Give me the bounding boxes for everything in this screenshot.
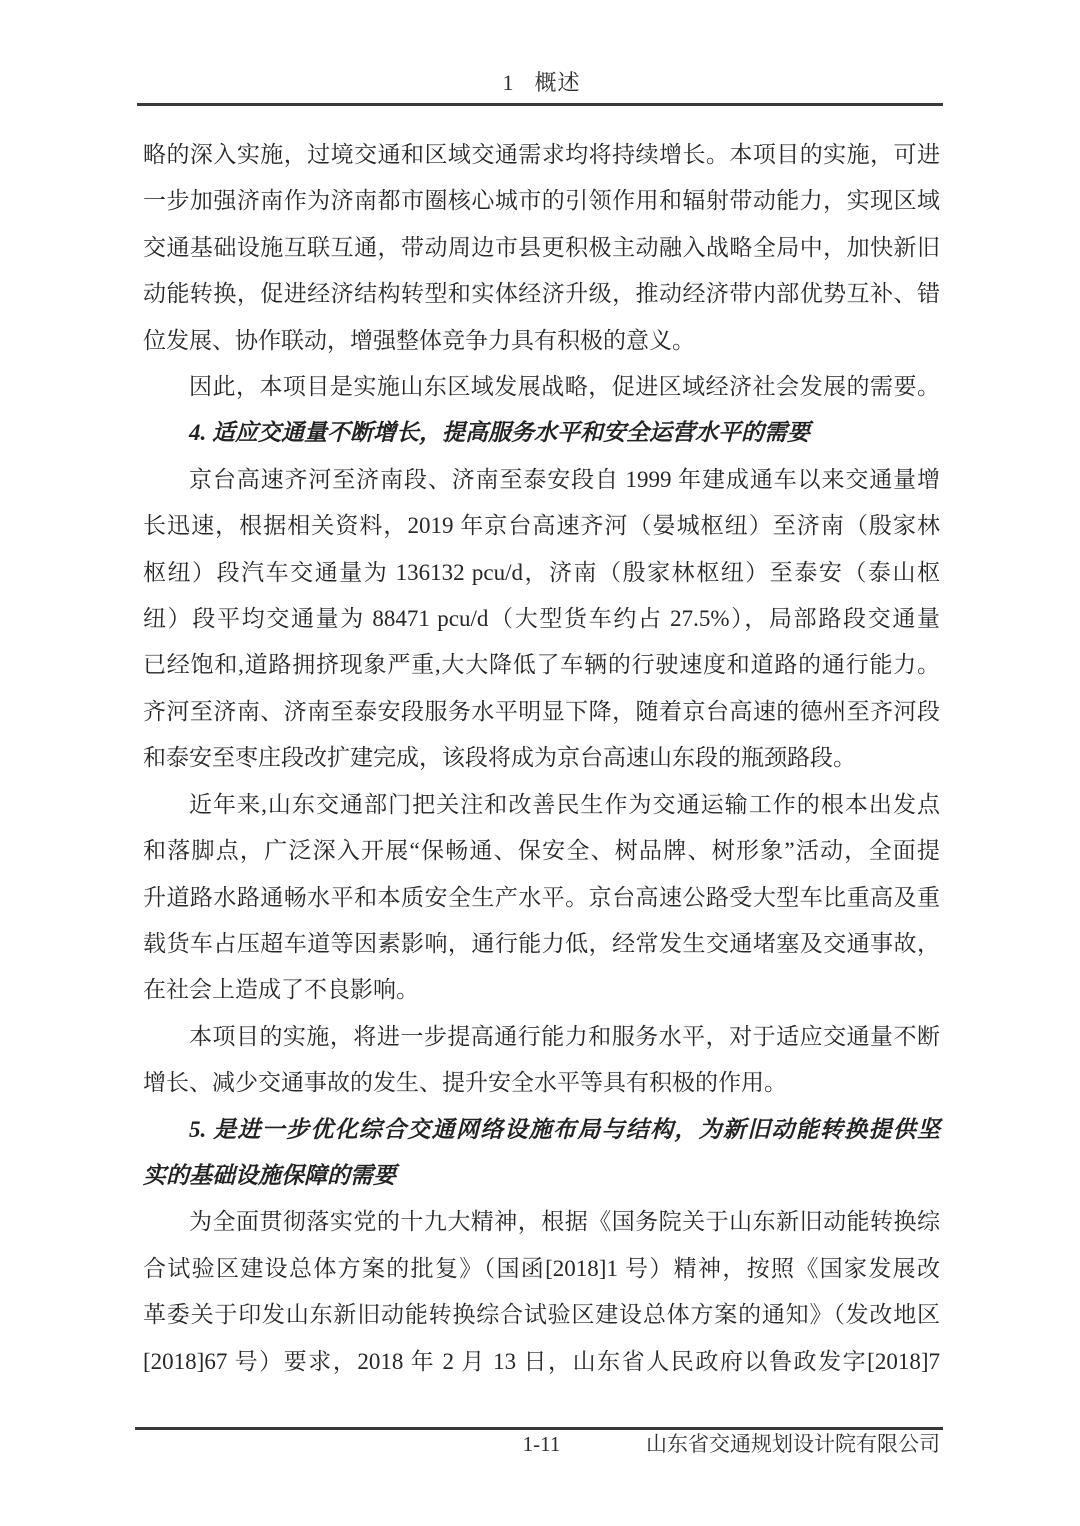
- body-text-line: 京台高速齐河至济南段、济南至泰安段自 1999 年建成通车以来交通量增: [143, 457, 940, 503]
- body-text-line: 和泰安至枣庄段改扩建完成，该段将成为京台高速山东段的瓶颈路段。: [143, 735, 940, 781]
- body-text-line: 枢纽）段汽车交通量为 136132 pcu/d，济南（殷家林枢纽）至泰安（泰山枢: [143, 550, 940, 596]
- footer-rule: [135, 1427, 943, 1430]
- body-text-line: 载货车占压超车道等因素影响，通行能力低，经常发生交通堵塞及交通事故，: [143, 921, 940, 967]
- header-rule: [137, 103, 943, 106]
- document-page: 1概述 略的深入实施，过境交通和区域交通需求均将持续增长。本项目的实施，可进一步…: [0, 0, 1080, 1526]
- document-body: 略的深入实施，过境交通和区域交通需求均将持续增长。本项目的实施，可进一步加强济南…: [143, 132, 940, 1385]
- body-text-line: 近年来,山东交通部门把关注和改善民生作为交通运输工作的根本出发点: [143, 782, 940, 828]
- body-text-line: 齐河至济南、济南至泰安段服务水平明显下降，随着京台高速的德州至齐河段: [143, 689, 940, 735]
- body-text-line: 因此，本项目是实施山东区域发展战略，促进区域经济社会发展的需要。: [143, 364, 940, 410]
- body-text-line: 升道路水路通畅水平和本质安全生产水平。京台高速公路受大型车比重高及重: [143, 875, 940, 921]
- body-text-line: 已经饱和,道路拥挤现象严重,大大降低了车辆的行驶速度和道路的通行能力。: [143, 642, 940, 688]
- body-text-line: 一步加强济南作为济南都市圈核心城市的引领作用和辐射带动能力，实现区域: [143, 178, 940, 224]
- body-text-line: 革委关于印发山东新旧动能转换综合试验区建设总体方案的通知》（发改地区: [143, 1292, 940, 1338]
- body-text-line: 纽）段平均交通量为 88471 pcu/d（大型货车约占 27.5%），局部路段…: [143, 596, 940, 642]
- body-text-line: 动能转换，促进经济结构转型和实体经济升级，推动经济带内部优势互补、错: [143, 271, 940, 317]
- footer-company-name: 山东省交通规划设计院有限公司: [646, 1431, 940, 1457]
- page-header: 1概述: [143, 70, 940, 96]
- body-text-line: 为全面贯彻落实党的十九大精神，根据《国务院关于山东新旧动能转换综: [143, 1199, 940, 1245]
- body-text-line: [2018]67 号）要求，2018 年 2 月 13 日，山东省人民政府以鲁政…: [143, 1339, 940, 1385]
- body-text-line: 本项目的实施，将进一步提高通行能力和服务水平，对于适应交通量不断: [143, 1014, 940, 1060]
- heading-line: 4. 适应交通量不断增长，提高服务水平和安全运营水平的需要: [143, 410, 940, 456]
- body-text-line: 交通基础设施互联互通，带动周边市县更积极主动融入战略全局中，加快新旧: [143, 225, 940, 271]
- body-text-line: 和落脚点，广泛深入开展“保畅通、保安全、树品牌、树形象”活动，全面提: [143, 828, 940, 874]
- body-text-line: 合试验区建设总体方案的批复》（国函[2018]1 号）精神，按照《国家发展改: [143, 1246, 940, 1292]
- body-text-line: 在社会上造成了不良影响。: [143, 967, 940, 1013]
- chapter-number: 1: [502, 70, 514, 95]
- body-text-line: 位发展、协作联动，增强整体竞争力具有积极的意义。: [143, 318, 940, 364]
- body-text-line: 增长、减少交通事故的发生、提升安全水平等具有积极的作用。: [143, 1060, 940, 1106]
- heading-line: 实的基础设施保障的需要: [143, 1153, 940, 1199]
- heading-line: 5. 是进一步优化综合交通网络设施布局与结构，为新旧动能转换提供坚: [143, 1107, 940, 1153]
- body-text-line: 略的深入实施，过境交通和区域交通需求均将持续增长。本项目的实施，可进: [143, 132, 940, 178]
- chapter-title: 概述: [534, 70, 580, 95]
- body-text-line: 长迅速，根据相关资料，2019 年京台高速齐河（晏城枢纽）至济南（殷家林: [143, 503, 940, 549]
